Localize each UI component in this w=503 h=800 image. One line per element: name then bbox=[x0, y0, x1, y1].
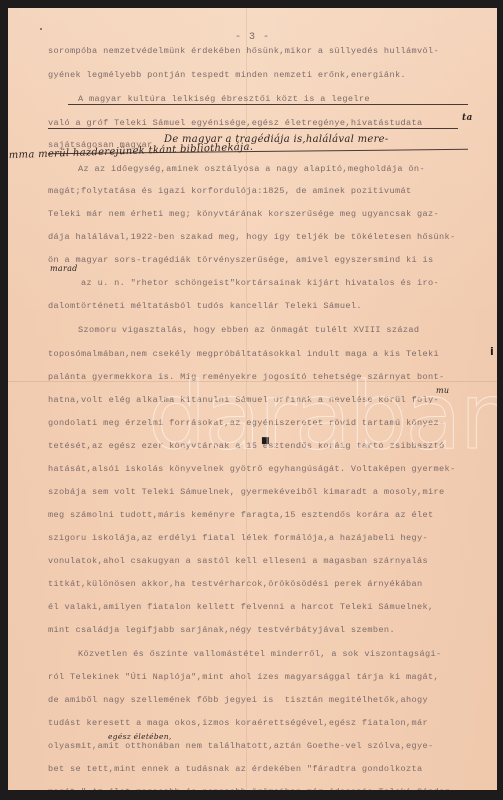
text-line: Szomoru vigasztalás, hogy ebben az önmag… bbox=[78, 325, 419, 335]
text-line: dája halálával,1922-ben szakad meg, hogy… bbox=[48, 232, 456, 242]
handwritten-note: mu bbox=[436, 386, 449, 395]
text-line: Teleki már nem érheti meg; könyvtárának … bbox=[48, 209, 439, 219]
text-line: olyasmit,amit otthonában nem találhatott… bbox=[48, 741, 434, 751]
underline-rule bbox=[48, 128, 458, 129]
text-line: sorompóba nemzetvédelmünk érdekében hősü… bbox=[48, 46, 439, 56]
text-line: hatását,alsói iskolás könyvelnek gyötrő … bbox=[48, 464, 456, 474]
text-line: A magyar kultúra lelkiség ébresztői közt… bbox=[78, 94, 370, 104]
handwritten-note: ta bbox=[462, 113, 473, 123]
text-line: toposómalmában,nem csekély megpróbáltatá… bbox=[48, 349, 439, 359]
scanned-document: - 3 - sorompóba nemzetvédelmünk érdekébe… bbox=[0, 0, 503, 800]
text-line: való a gróf Teleki Sámuel egyénisége,egé… bbox=[48, 118, 422, 128]
text-line: hatna,volt elég alkalma kitanulni Sámuel… bbox=[48, 395, 439, 405]
text-line: mint családja legifjabb sarjának,négy te… bbox=[48, 625, 395, 635]
text-line: magát." Az élet magasabb és nemesebb örö… bbox=[48, 787, 450, 790]
text-line: de amiből nagy szellemének főbb jegyei i… bbox=[48, 695, 428, 705]
text-line: él valaki,amilyen fiatalon kellett felve… bbox=[48, 602, 434, 612]
ink-correction-mark: i bbox=[490, 345, 494, 358]
paper-speck bbox=[40, 28, 42, 30]
text-line: ról Telekinek "Úti Naplója",mint ahol íz… bbox=[48, 672, 439, 682]
text-line: ön a magyar sors-tragédiák törvényszerűs… bbox=[48, 255, 434, 265]
text-line: tetését,az egész ezer könyvtárnak a 15 e… bbox=[48, 441, 445, 451]
ink-correction-mark: ■ bbox=[261, 436, 270, 446]
handwritten-note: marad bbox=[50, 264, 78, 273]
text-line: meg számolni tudott,máris keményre farag… bbox=[48, 510, 434, 520]
text-line: szobája sem volt Teleki Sámuelnek, gyerm… bbox=[48, 487, 445, 497]
page-number: - 3 - bbox=[8, 32, 497, 43]
text-line: gondolati meg érzelmi forrásokat,az egyé… bbox=[48, 418, 445, 428]
text-line: palánta gyermekkora is. Míg reményekre j… bbox=[48, 372, 445, 382]
text-line: dalomtörténeti méltatásból tudós kancell… bbox=[48, 301, 362, 311]
text-line: gyének legmélyebb pontján tespedt minden… bbox=[48, 70, 406, 80]
typewritten-page: - 3 - sorompóba nemzetvédelmünk érdekébe… bbox=[8, 8, 497, 790]
text-line: magát;folytatása és igazi korfordulója:1… bbox=[48, 186, 411, 196]
text-line: tudást keresett a maga okos,izmos koraér… bbox=[48, 718, 428, 728]
text-line: szigoru iskolája,az erdélyi fiatal lélek… bbox=[48, 533, 428, 543]
text-line: titkát,különösen akkor,ha testvérharcok,… bbox=[48, 579, 422, 589]
text-line: vonulatok,ahol csakugyan a sastól kell e… bbox=[48, 556, 428, 566]
handwritten-note: egész életében, bbox=[108, 732, 172, 741]
text-line: az u. n. "rhetor schöngeist"kortársainak… bbox=[48, 278, 439, 288]
underline-rule bbox=[68, 104, 468, 105]
text-line: Az az időegység,aminek osztályosa a nagy… bbox=[78, 164, 425, 174]
text-line: bet se tett,mint ennek a tudásnak az érd… bbox=[48, 764, 422, 774]
text-line: Közvetlen és őszinte vallomástétel minde… bbox=[78, 649, 441, 659]
